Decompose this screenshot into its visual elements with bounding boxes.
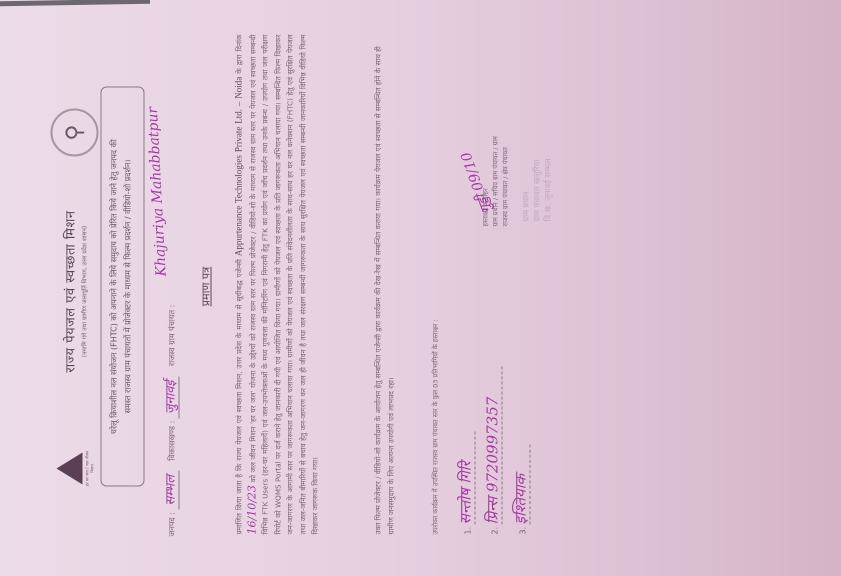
block-label: विकासखण्ड : (167, 420, 176, 460)
program-description-line-1: घरेलू क्रियाशील नल संयोजन (FHTC) को अपना… (107, 97, 121, 475)
agency-name: Appurtenance Technologies Private Ltd. –… (233, 76, 243, 255)
district-label: जनपद : (167, 512, 176, 536)
participants-heading: उपरोक्त कार्यक्रम में उपस्थित राजस्व ग्र… (430, 234, 440, 534)
certificate-title: प्रमाण पत्र (198, 216, 213, 356)
har-ghar-jal-logo-icon: हर घर जल / जल जीवन मिशन (56, 448, 106, 488)
date-prefix: के द्वारा दिनांक (234, 34, 243, 73)
participant-row: 3. इश्तियाक (510, 274, 530, 534)
official-stamp: ग्राम प्रधान ग्राम पंचायत खजुरिया वि.ख. … (520, 101, 553, 221)
mission-title: राज्य पेयजल एवं स्वच्छता मिशन (60, 156, 78, 426)
up-government-emblem-icon: ⚲ (50, 108, 98, 156)
participant-row: 1. सन्तोष गिरि (455, 274, 475, 534)
block-value: जुनावई (163, 376, 179, 418)
certificate-document: हर घर जल / जल जीवन मिशन ⚲ राज्य पेयजल एव… (0, 0, 841, 576)
certificate-paragraph-2: उक्त फिल्म प्रोजेक्टर / वीडियो-शो कार्यक… (372, 34, 397, 534)
panchayat-label: राजस्व ग्राम पंचायत : (167, 304, 176, 365)
program-description-line-2: समस्त राजस्व ग्राम पंचायतों में प्रोजेक्… (121, 97, 135, 475)
body-continuation: को जल जीवन मिशन 'हर घर जल' योजना के उद्द… (248, 34, 320, 534)
participant-signature: प्रिन्स 9720997357 (483, 366, 502, 524)
mission-subtitle: (नमामि गंगे तथा ग्रामीण जलापूर्ति विभाग,… (80, 156, 88, 426)
body-intro: प्रमाणित किया जाता है कि राज्य पेयजल एवं… (234, 259, 243, 534)
certificate-body: प्रमाणित किया जाता है कि राज्य पेयजल एवं… (232, 34, 322, 534)
program-description-box: घरेलू क्रियाशील नल संयोजन (FHTC) को अपना… (100, 86, 144, 486)
event-date: 16/10/23 (245, 485, 258, 534)
district-value: सम्भल (163, 470, 179, 509)
participant-signature: सन्तोष गिरि (456, 431, 475, 524)
participant-row: 2. प्रिन्स 9720997357 (482, 274, 502, 534)
signature-block: हस्ताक्षर व मोहर ग्राम प्रधान / सचिव ग्र… (480, 76, 510, 226)
participant-signature: इश्तियाक (511, 444, 530, 524)
